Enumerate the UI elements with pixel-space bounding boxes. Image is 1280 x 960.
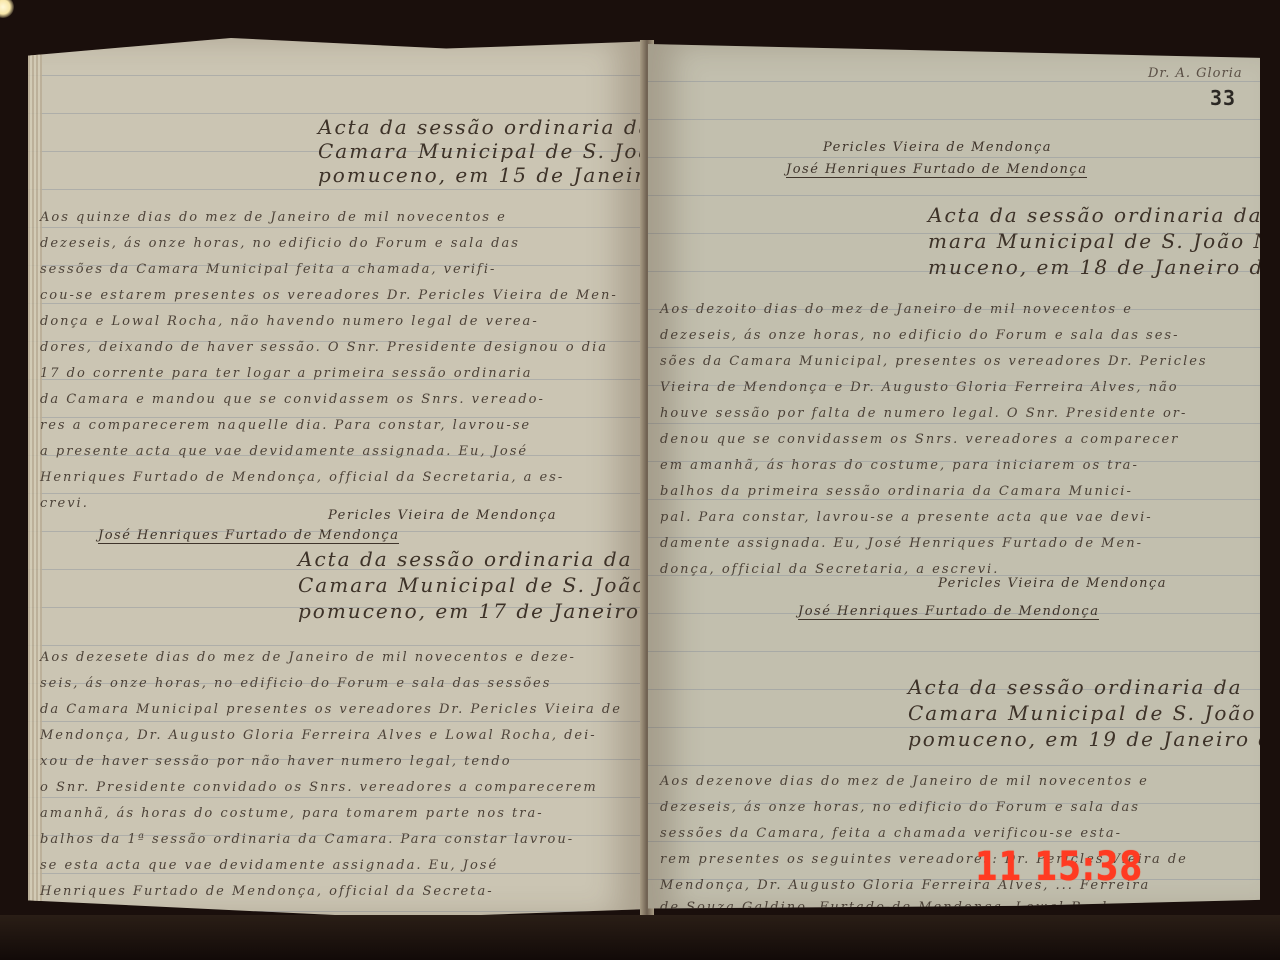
body-line: o Snr. Presidente convidado os Snrs. ver…	[40, 780, 598, 796]
title-line: pomuceno, em 17 de Janeiro de 1916	[298, 600, 643, 622]
body-line: a presente acta que vae devidamente assi…	[40, 444, 528, 460]
signature: José Henriques Furtado de Mendonça	[798, 604, 1099, 620]
signature: José Henriques Furtado de Mendonça	[98, 528, 399, 544]
title-line: mara Municipal de S. João Nepo-	[928, 230, 1260, 252]
body-line: Vieira de Mendonça e Dr. Augusto Gloria …	[660, 380, 1179, 396]
body-line: em amanhã, ás horas do costume, para ini…	[660, 458, 1139, 474]
title-line: Acta da sessão ordinaria da	[298, 548, 633, 570]
title-line: Acta da sessão ordinaria da Ca-	[928, 204, 1260, 226]
page-number: 33	[1210, 86, 1236, 110]
title-line: Acta da sessão ordinaria da	[908, 676, 1243, 698]
left-page: Acta da sessão ordinaria da Camara Munic…	[28, 38, 643, 918]
signature: Pericles Vieira de Mendonça	[938, 576, 1167, 591]
title-line: pomuceno, em 19 de Janeiro de 1916	[908, 728, 1260, 750]
body-line: sessões da Camara, feita a chamada verif…	[660, 826, 1122, 842]
body-line: sessões da Camara Municipal feita a cham…	[40, 262, 496, 278]
body-line: Aos dezenove dias do mez de Janeiro de m…	[660, 774, 1149, 790]
body-line: amanhã, ás horas do costume, para tomare…	[40, 806, 544, 822]
body-line: dores, deixando de haver sessão. O Snr. …	[40, 340, 608, 356]
title-line: pomuceno, em 15 de Janeiro de 1916	[318, 164, 643, 186]
body-line: de Souza Galdino, Furtado de Mendonça, L…	[660, 900, 1128, 912]
body-line: da Camara e mandou que se convidassem os…	[40, 392, 545, 408]
body-line: donça e Lowal Rocha, não havendo numero …	[40, 314, 539, 330]
body-line: dezeseis, ás onze horas, no edificio do …	[660, 800, 1140, 816]
body-line: Henriques Furtado de Mendonça, official …	[40, 884, 494, 900]
signature: José Henriques Furtado de Mendonça	[786, 162, 1087, 178]
body-line: dezeseis, ás onze horas, no edificio do …	[660, 328, 1179, 344]
title-line: muceno, em 18 de Janeiro de 1916	[928, 256, 1260, 278]
body-line: balhos da 1ª sessão ordinaria da Camara.…	[40, 832, 574, 848]
signature: Pericles Vieira de Mendonça	[328, 508, 557, 523]
body-line: balhos da primeira sessão ordinaria da C…	[660, 484, 1133, 500]
body-line: Aos dezesete dias do mez de Janeiro de m…	[40, 650, 576, 666]
camera-timestamp: 11 15:38	[975, 844, 1143, 890]
title-line: Camara Municipal de S. João Ne-	[908, 702, 1260, 724]
body-line: Aos dezoito dias do mez de Janeiro de mi…	[660, 302, 1133, 318]
title-line: Camara Municipal de S. João Ne-	[298, 574, 643, 596]
body-line: 17 do corrente para ter logar a primeira…	[40, 366, 532, 382]
body-line: cou-se estarem presentes os vereadores D…	[40, 288, 618, 304]
body-line: crevi.	[40, 496, 89, 512]
open-ledger: Acta da sessão ordinaria da Camara Munic…	[0, 0, 1280, 960]
body-line: dezeseis, ás onze horas, no edificio do …	[40, 236, 520, 252]
corner-annotation: Dr. A. Gloria	[1148, 66, 1243, 81]
right-page: Dr. A. Gloria 33 Pericles Vieira de Mend…	[648, 44, 1260, 912]
body-line: houve sessão por falta de numero legal. …	[660, 406, 1187, 422]
body-line: da Camara Municipal presentes os vereado…	[40, 702, 622, 718]
body-line: pal. Para constar, lavrou-se a presente …	[660, 510, 1153, 526]
body-line: damente assignada. Eu, José Henriques Fu…	[660, 536, 1143, 552]
body-line: xou de haver sessão por não haver numero…	[40, 754, 512, 770]
table-surface	[0, 915, 1280, 960]
body-line: Aos quinze dias do mez de Janeiro de mil…	[40, 210, 507, 226]
body-line: denou que se convidassem os Snrs. veread…	[660, 432, 1179, 448]
body-line: res a comparecerem naquelle dia. Para co…	[40, 418, 531, 434]
body-line: sões da Camara Municipal, presentes os v…	[660, 354, 1208, 370]
body-line: seis, ás onze horas, no edificio do Foru…	[40, 676, 551, 692]
body-line: se esta acta que vae devidamente assigna…	[40, 858, 498, 874]
title-line: Camara Municipal de S. João Ne-	[318, 140, 643, 162]
title-line: Acta da sessão ordinaria da	[318, 116, 643, 138]
body-line: Henriques Furtado de Mendonça, official …	[40, 470, 564, 486]
signature: Pericles Vieira de Mendonça	[823, 140, 1052, 155]
body-line: Mendonça, Dr. Augusto Gloria Ferreira Al…	[40, 728, 597, 744]
